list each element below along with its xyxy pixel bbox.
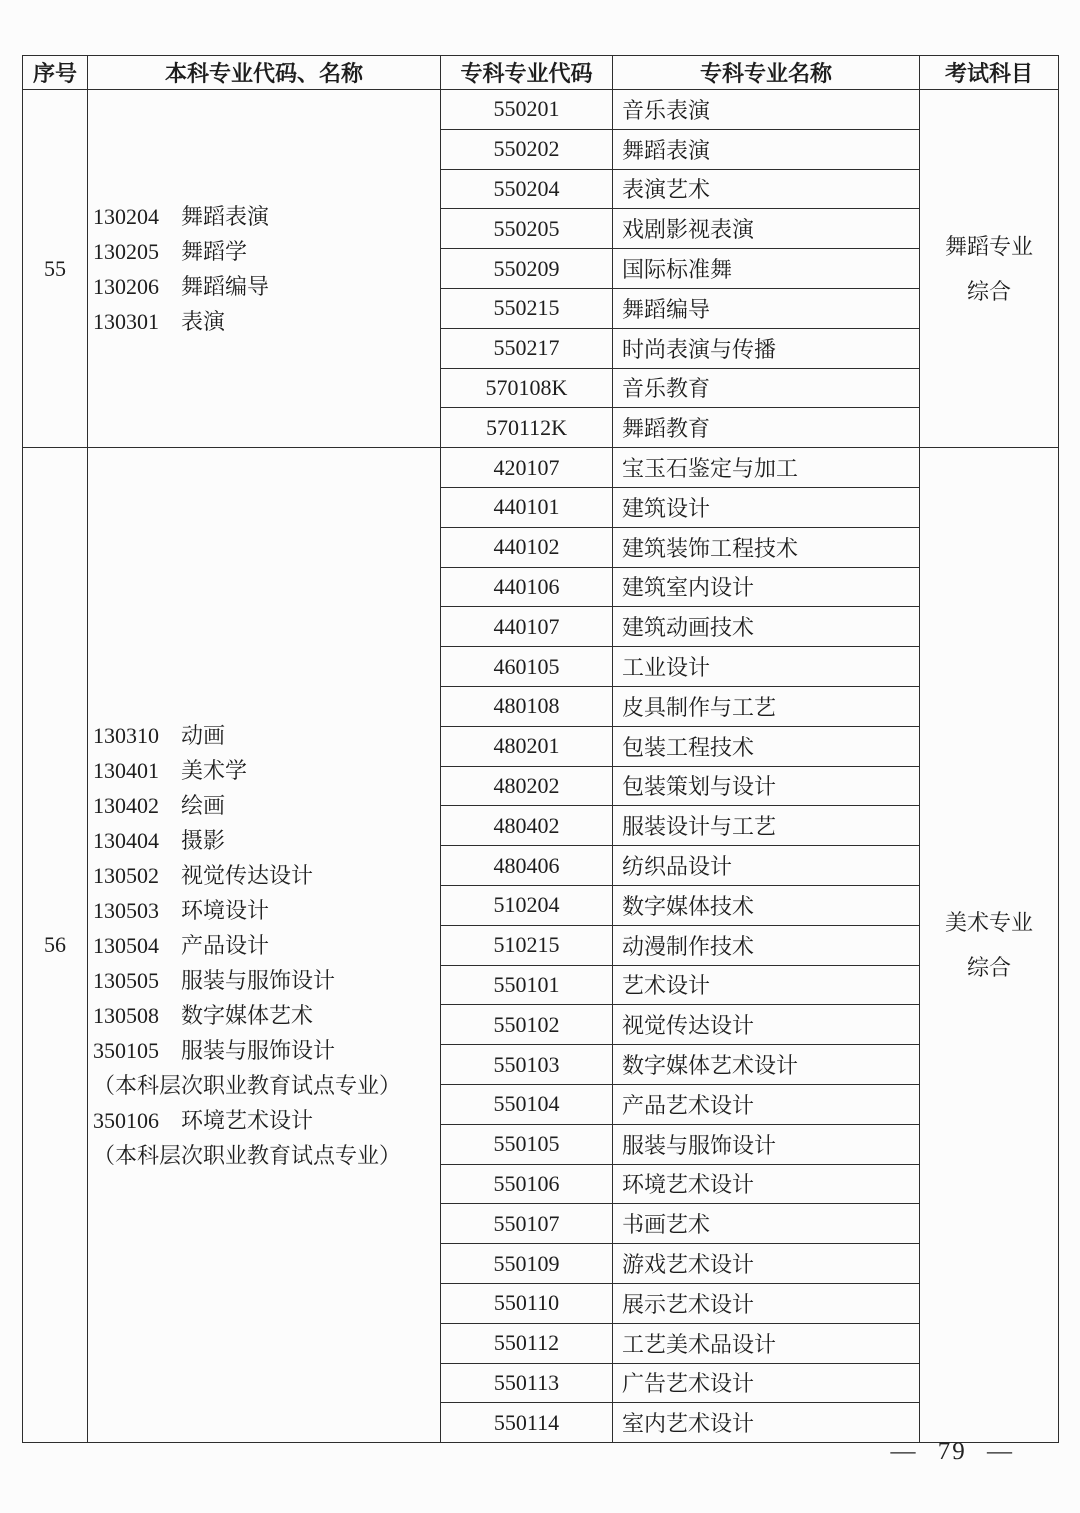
undergrad-major-line: 130301 表演 [93,304,438,339]
college-major-name: 视觉传达设计 [613,1005,920,1045]
college-major-name: 舞蹈编导 [613,288,920,328]
college-major-name: 舞蹈表演 [613,129,920,169]
college-major-code: 440107 [441,607,613,647]
college-major-name: 时尚表演与传播 [613,328,920,368]
undergrad-major-line: 130404 摄影 [93,823,438,858]
college-major-name: 广告艺术设计 [613,1363,920,1403]
college-major-name: 服装与服饰设计 [613,1124,920,1164]
college-major-code: 550103 [441,1045,613,1085]
col-header-exam: 考试科目 [920,56,1059,90]
college-major-name: 戏剧影视表演 [613,209,920,249]
college-major-name: 建筑装饰工程技术 [613,527,920,567]
college-major-code: 550202 [441,129,613,169]
college-major-name: 国际标准舞 [613,249,920,289]
specialty-row: 55130204 舞蹈表演130205 舞蹈学130206 舞蹈编导130301… [23,90,1059,130]
exam-subject-line: 综合 [920,945,1058,990]
college-major-code: 550105 [441,1124,613,1164]
undergrad-major-line: （本科层次职业教育试点专业） [93,1068,438,1103]
undergrad-major-line: 130402 绘画 [93,788,438,823]
undergrad-major-line: 130204 舞蹈表演 [93,199,438,234]
college-major-code: 550217 [441,328,613,368]
college-major-name: 表演艺术 [613,169,920,209]
college-major-name: 音乐表演 [613,90,920,130]
college-major-code: 550110 [441,1283,613,1323]
college-major-name: 宝玉石鉴定与加工 [613,448,920,488]
undergrad-major-line: 130206 舞蹈编导 [93,269,438,304]
college-major-code: 550112 [441,1323,613,1363]
college-major-code: 550201 [441,90,613,130]
exam-subject: 舞蹈专业综合 [920,90,1059,448]
college-major-code: 550107 [441,1204,613,1244]
undergrad-major-line: 130503 环境设计 [93,893,438,928]
college-major-code: 440106 [441,567,613,607]
college-major-name: 包装工程技术 [613,726,920,766]
college-major-code: 440102 [441,527,613,567]
majors-table: 序号本科专业代码、名称专科专业代码专科专业名称考试科目 55130204 舞蹈表… [22,55,1059,1443]
undergrad-major-line: 130205 舞蹈学 [93,234,438,269]
college-major-code: 510215 [441,925,613,965]
college-major-name: 包装策划与设计 [613,766,920,806]
col-header-college-name: 专科专业名称 [613,56,920,90]
sequence-number: 56 [23,448,88,1443]
college-major-code: 480108 [441,686,613,726]
college-major-code: 570108K [441,368,613,408]
undergrad-major-line: 350105 服装与服饰设计 [93,1033,438,1068]
table-header-row: 序号本科专业代码、名称专科专业代码专科专业名称考试科目 [23,56,1059,90]
college-major-name: 产品艺术设计 [613,1084,920,1124]
college-major-name: 数字媒体技术 [613,885,920,925]
college-major-name: 艺术设计 [613,965,920,1005]
undergrad-major-line: （本科层次职业教育试点专业） [93,1138,438,1173]
college-major-name: 工业设计 [613,647,920,687]
college-major-name: 建筑动画技术 [613,607,920,647]
college-major-code: 480402 [441,806,613,846]
college-major-code: 440101 [441,487,613,527]
college-major-name: 环境艺术设计 [613,1164,920,1204]
undergrad-majors: 130204 舞蹈表演130205 舞蹈学130206 舞蹈编导130301 表… [88,90,441,448]
college-major-code: 460105 [441,647,613,687]
college-major-code: 550204 [441,169,613,209]
undergrad-major-line: 130502 视觉传达设计 [93,858,438,893]
undergrad-major-line: 130504 产品设计 [93,928,438,963]
college-major-name: 建筑室内设计 [613,567,920,607]
college-major-code: 550106 [441,1164,613,1204]
col-header-college-code: 专科专业代码 [441,56,613,90]
college-major-name: 舞蹈教育 [613,408,920,448]
college-major-code: 480202 [441,766,613,806]
college-major-name: 动漫制作技术 [613,925,920,965]
college-major-code: 480201 [441,726,613,766]
undergrad-major-line: 130401 美术学 [93,753,438,788]
undergrad-major-line: 130505 服装与服饰设计 [93,963,438,998]
college-major-name: 服装设计与工艺 [613,806,920,846]
college-major-code: 420107 [441,448,613,488]
college-major-name: 纺织品设计 [613,846,920,886]
exam-subject-line: 美术专业 [920,900,1058,945]
college-major-code: 550109 [441,1244,613,1284]
college-major-code: 480406 [441,846,613,886]
undergrad-major-line: 130508 数字媒体艺术 [93,998,438,1033]
undergrad-majors: 130310 动画130401 美术学130402 绘画130404 摄影130… [88,448,441,1443]
college-major-name: 游戏艺术设计 [613,1244,920,1284]
college-major-name: 工艺美术品设计 [613,1323,920,1363]
exam-subject: 美术专业综合 [920,448,1059,1443]
college-major-code: 550114 [441,1403,613,1443]
college-major-name: 建筑设计 [613,487,920,527]
college-major-code: 550215 [441,288,613,328]
undergrad-major-line: 130310 动画 [93,718,438,753]
college-major-code: 550104 [441,1084,613,1124]
col-header-seq: 序号 [23,56,88,90]
exam-subject-line: 综合 [920,269,1058,314]
page-number: — 79 — [891,1438,1015,1466]
college-major-name: 室内艺术设计 [613,1403,920,1443]
college-major-code: 550101 [441,965,613,1005]
col-header-undergrad: 本科专业代码、名称 [88,56,441,90]
college-major-code: 510204 [441,885,613,925]
exam-subject-line: 舞蹈专业 [920,224,1058,269]
college-major-name: 展示艺术设计 [613,1283,920,1323]
specialty-row: 56130310 动画130401 美术学130402 绘画130404 摄影1… [23,448,1059,488]
college-major-name: 音乐教育 [613,368,920,408]
college-major-name: 书画艺术 [613,1204,920,1244]
college-major-code: 550205 [441,209,613,249]
college-major-code: 550113 [441,1363,613,1403]
college-major-code: 570112K [441,408,613,448]
college-major-code: 550209 [441,249,613,289]
undergrad-major-line: 350106 环境艺术设计 [93,1103,438,1138]
college-major-name: 皮具制作与工艺 [613,686,920,726]
college-major-name: 数字媒体艺术设计 [613,1045,920,1085]
college-major-code: 550102 [441,1005,613,1045]
sequence-number: 55 [23,90,88,448]
document-page: 序号本科专业代码、名称专科专业代码专科专业名称考试科目 55130204 舞蹈表… [0,0,1080,1513]
